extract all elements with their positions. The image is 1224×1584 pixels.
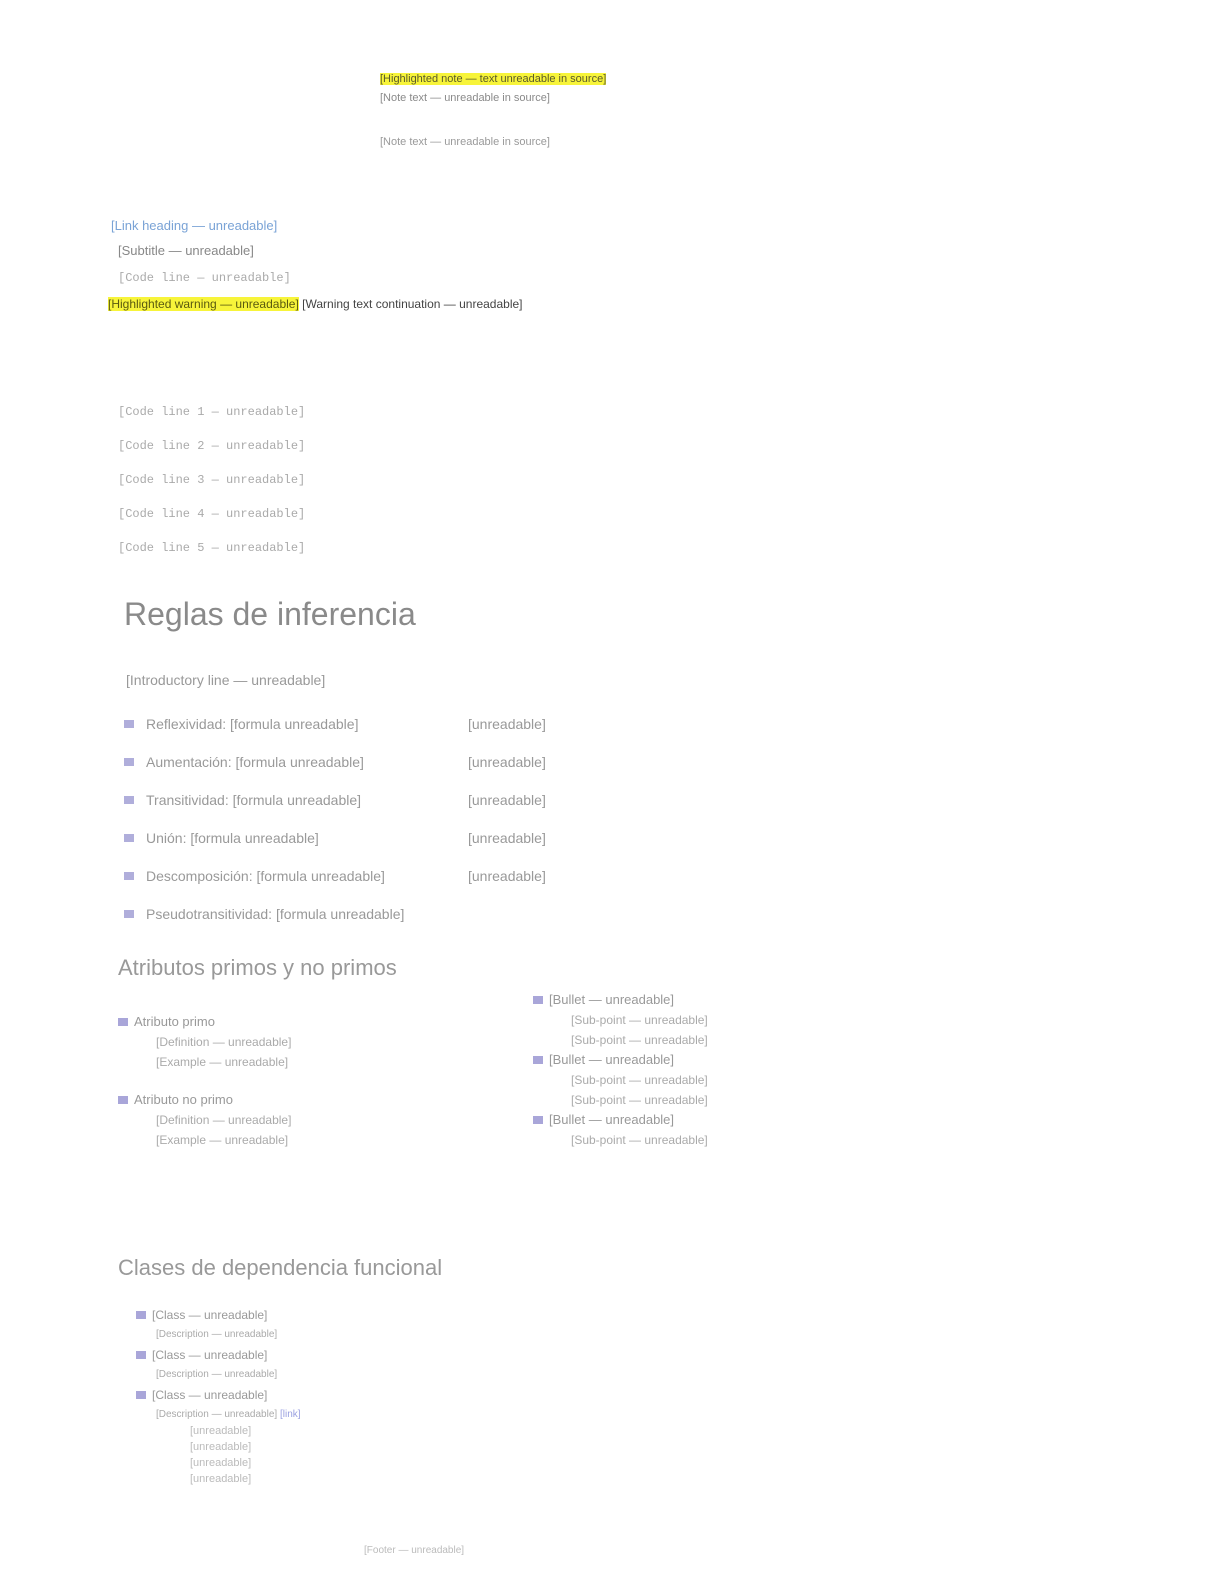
list-item: Atributo primo [118, 1014, 478, 1030]
sub-item: [Sub-point — unreadable] [533, 1092, 1003, 1108]
list-item: [Class — unreadable] [136, 1387, 456, 1403]
sub-item: [Example — unreadable] [118, 1054, 478, 1070]
rule-item: Transitividad: [formula unreadable][unre… [124, 781, 644, 819]
section-subtitle: [Subtitle — unreadable] [118, 243, 254, 258]
sub-item: [Description — unreadable] [link] [136, 1407, 456, 1423]
sub-item: [Sub-point — unreadable] [533, 1032, 1003, 1048]
bullet-icon [533, 996, 543, 1004]
inference-rules: Reflexividad: [formula unreadable][unrea… [124, 705, 644, 933]
note-line-2: [Note text — unreadable in source] [380, 136, 1080, 148]
sub-item: [Description — unreadable] [136, 1367, 456, 1383]
sub-item: [unreadable] [136, 1439, 456, 1455]
bullet-icon [124, 758, 134, 766]
code-line: [Code line 4 — unreadable] [118, 504, 305, 538]
bullet-icon [124, 796, 134, 804]
sub-item: [unreadable] [136, 1423, 456, 1439]
classes-title: Clases de dependencia funcional [118, 1255, 442, 1281]
rule-item: Descomposición: [formula unreadable][unr… [124, 857, 644, 895]
list-item: [Class — unreadable] [136, 1347, 456, 1363]
code-line: [Code line 5 — unreadable] [118, 538, 305, 572]
list-item: [Bullet — unreadable] [533, 992, 1003, 1008]
bullet-icon [136, 1391, 146, 1399]
sub-item: [Definition — unreadable] [118, 1112, 478, 1128]
note-line: [Note text — unreadable in source] [380, 92, 1080, 104]
rule-item: Reflexividad: [formula unreadable][unrea… [124, 705, 644, 743]
rule-item: Aumentación: [formula unreadable][unread… [124, 743, 644, 781]
bullet-icon [118, 1018, 128, 1026]
bullet-icon [533, 1056, 543, 1064]
code-block: [Code line 1 — unreadable] [Code line 2 … [118, 402, 305, 572]
warning-text: [Highlighted warning — unreadable] [Warn… [108, 296, 638, 313]
bullet-icon [124, 834, 134, 842]
inline-link[interactable]: [link] [280, 1409, 301, 1420]
list-item: [Bullet — unreadable] [533, 1112, 1003, 1128]
list-item: Atributo no primo [118, 1092, 478, 1108]
inference-title: Reglas de inferencia [124, 596, 416, 633]
bullet-icon [118, 1096, 128, 1104]
code-line: [Code line 3 — unreadable] [118, 470, 305, 504]
code-line: [Code line 1 — unreadable] [118, 402, 305, 436]
sub-item: [Description — unreadable] [136, 1327, 456, 1343]
bullet-icon [124, 720, 134, 728]
sub-item: [Sub-point — unreadable] [533, 1072, 1003, 1088]
page-footer: [Footer — unreadable] [364, 1545, 464, 1556]
sub-item: [Sub-point — unreadable] [533, 1132, 1003, 1148]
sub-item: [Definition — unreadable] [118, 1034, 478, 1050]
sub-item: [Example — unreadable] [118, 1132, 478, 1148]
bullet-icon [124, 910, 134, 918]
rule-item: Pseudotransitividad: [formula unreadable… [124, 895, 644, 933]
prime-title: Atributos primos y no primos [118, 955, 397, 981]
sub-item: [Sub-point — unreadable] [533, 1012, 1003, 1028]
list-item: [Class — unreadable] [136, 1307, 456, 1323]
bullet-icon [533, 1116, 543, 1124]
highlighted-note: [Highlighted note — text unreadable in s… [380, 73, 1080, 85]
prime-right-list: [Bullet — unreadable] [Sub-point — unrea… [533, 988, 1003, 1148]
list-item: [Bullet — unreadable] [533, 1052, 1003, 1068]
bullet-icon [124, 872, 134, 880]
code-line: [Code line — unreadable] [118, 271, 291, 285]
prime-left-list: Atributo primo [Definition — unreadable]… [118, 1010, 478, 1148]
bullet-icon [136, 1311, 146, 1319]
rule-item: Unión: [formula unreadable][unreadable] [124, 819, 644, 857]
sub-item: [unreadable] [136, 1455, 456, 1471]
inference-intro: [Introductory line — unreadable] [126, 672, 325, 688]
sub-item: [unreadable] [136, 1471, 456, 1487]
classes-list: [Class — unreadable] [Description — unre… [136, 1303, 456, 1487]
section-link[interactable]: [Link heading — unreadable] [111, 218, 277, 233]
bullet-icon [136, 1351, 146, 1359]
code-line: [Code line 2 — unreadable] [118, 436, 305, 470]
